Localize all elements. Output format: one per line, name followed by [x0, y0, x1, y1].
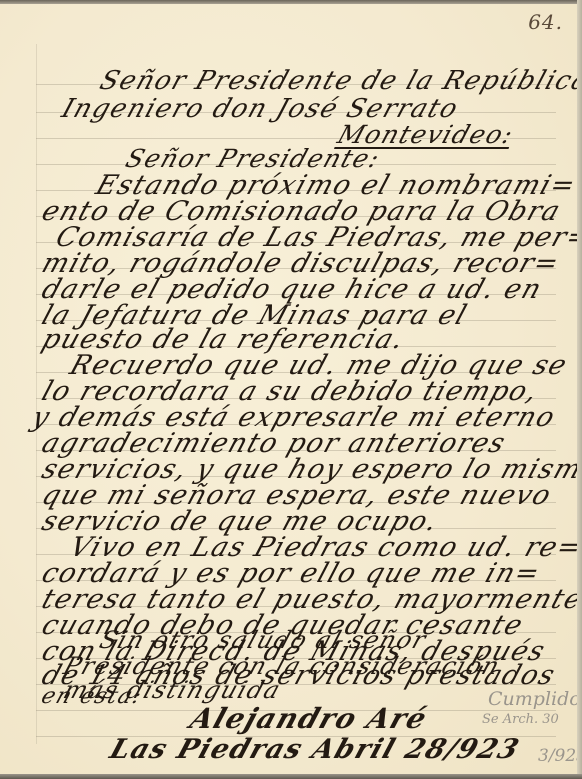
signature: Alejandro Aré — [186, 702, 432, 735]
scanned-document: 64. Señor Presidente de la República Ing… — [0, 0, 582, 779]
scan-right-edge — [577, 0, 582, 779]
place-and-date: Las Piedras Abril 28/923 — [106, 734, 524, 765]
addressee-line-1: Señor Presidente de la República — [96, 66, 582, 96]
pencil-annotation-date: 3/923 — [538, 746, 582, 766]
greeting: Señor Presidente: — [122, 144, 384, 173]
closing-line: Sin otro saludo al señor — [96, 626, 431, 654]
scan-bottom-edge — [0, 774, 582, 779]
closing-line: más distinguida — [60, 676, 285, 704]
page-number: 64. — [528, 10, 563, 34]
pencil-annotation-archive: Se Arch. 30 — [482, 712, 559, 727]
margin-line — [36, 44, 37, 744]
pencil-annotation-cumplido: Cumplido — [488, 688, 581, 710]
